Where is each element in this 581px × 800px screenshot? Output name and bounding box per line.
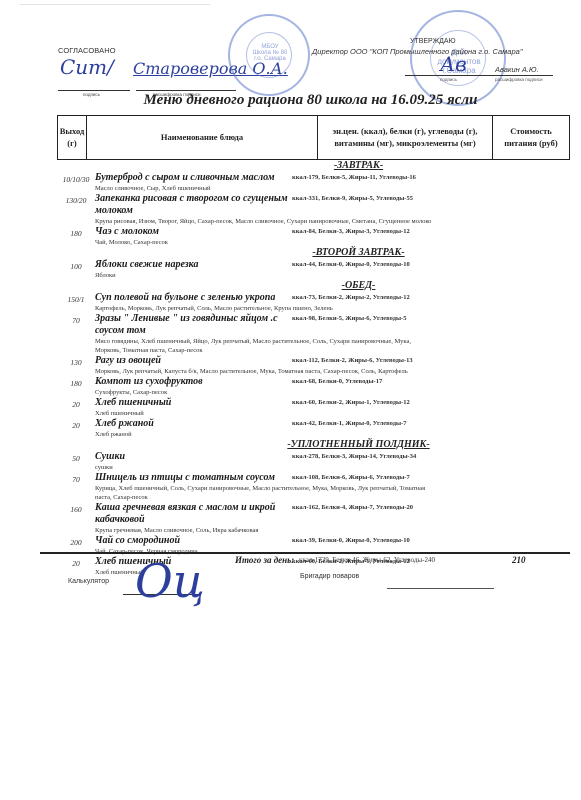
dish-nutrition: ккал-162, Белки-4, Жиры-7, Углеводы-20 [292, 504, 413, 511]
menu-item-row: 180Компот из сухофруктовСухофрукты, Саха… [57, 376, 570, 397]
dish-name: Каша гречневая вязкая с маслом и икрой к… [95, 502, 295, 526]
page-title: Меню дневного рациона 80 школа на 16.09.… [0, 92, 581, 109]
dish-name: Хлеб пшеничный [95, 397, 295, 409]
dish-ingredients: Хлеб ржаной [95, 430, 295, 439]
column-header-cost: Стоимость питания (руб) [493, 116, 569, 159]
dish-ingredients: паста, Сахар-песок [95, 493, 295, 502]
dish-ingredients: Крупа рисовая, Изюм, Творог, Яйцо, Сахар… [95, 217, 295, 226]
dish-ingredients: Крупа гречневая, Масло сливочное, Соль, … [95, 526, 295, 535]
item-output: 150/1 [57, 292, 95, 313]
menu-item-row: 130Рагу из овощейМорковь, Лук репчатый, … [57, 355, 570, 376]
dish-ingredients: Мясо говядины, Хлеб пшеничный, Яйцо, Лук… [95, 337, 295, 346]
approver-signature-caption: подпись [440, 77, 457, 82]
dish-ingredients: Масло сливочное, Сыр, Хлеб пшеничный [95, 184, 295, 193]
dish-ingredients: Морковь, Томатная паста, Сахар-песок [95, 346, 295, 355]
dish-name: Зразы " Ленивые " из говядиныс яйцом .с … [95, 313, 295, 337]
item-output: 70 [57, 313, 95, 355]
dish-name: Рагу из овощей [95, 355, 295, 367]
dish-name: Яблоки свежие нарезка [95, 259, 295, 271]
item-output: 180 [57, 376, 95, 397]
menu-item-row: 180Чаэ с молокомЧай, Молоко, Сахар-песок… [57, 226, 570, 247]
chef-signature-line [387, 588, 494, 589]
calculator-label: Калькулятор [68, 578, 109, 585]
dish-name: Сушки [95, 451, 295, 463]
total-cost: 210 [512, 555, 526, 565]
menu-item-row: 70Зразы " Ленивые " из говядиныс яйцом .… [57, 313, 570, 355]
column-header-output: Выход (г) [58, 116, 87, 159]
item-output: 10/10/30 [57, 172, 95, 193]
approver-name: Авакин А.Ю. [495, 65, 539, 74]
approver-signature: Ав [440, 52, 467, 76]
dish-name: Чай со смородиной [95, 535, 295, 547]
approver-decoding-caption: расшифровка подписи [495, 77, 542, 82]
total-nutrition: ккал-1739, Белки-46, Жиры-62, Углеводы-2… [299, 556, 435, 564]
dish-ingredients: сушки [95, 463, 295, 472]
item-output: 180 [57, 226, 95, 247]
dish-ingredients: Чай, Молоко, Сахар-песок [95, 238, 295, 247]
menu-item-row: 10/10/30Бутерброд с сыром и сливочным ма… [57, 172, 570, 193]
dish-nutrition: ккал-98, Белки-5, Жиры-6, Углеводы-5 [292, 315, 406, 322]
item-output: 130 [57, 355, 95, 376]
signature-line [58, 90, 130, 91]
dish-ingredients: Картофель, Морковь, Лук репчатый, Соль, … [95, 304, 295, 313]
dish-nutrition: ккал-60, Белки-2, Жиры-1, Углеводы-12 [292, 399, 410, 406]
total-divider [40, 552, 570, 554]
item-output: 20 [57, 418, 95, 439]
menu-item-row: 130/20Запеканка рисовая с творогом со сг… [57, 193, 570, 226]
menu-item-row: 20Хлеб пшеничныйХлеб пшеничныйккал-60, Б… [57, 397, 570, 418]
dish-nutrition: ккал-278, Белки-3, Жиры-14, Углеводы-34 [292, 453, 416, 460]
calculator-signature: Оц [135, 558, 205, 604]
dish-name: Хлеб ржаной [95, 418, 295, 430]
dish-nutrition: ккал-42, Белки-1, Жиры-0, Углеводы-7 [292, 420, 406, 427]
menu-item-row: 70Шницель из птицы с томатным соусомКури… [57, 472, 570, 502]
decoding-line [136, 90, 236, 91]
item-output: 20 [57, 397, 95, 418]
school-stamp-text: МБОУ Школа № 80 г.о. Самара [252, 44, 288, 62]
column-header-name: Наименование блюда [87, 116, 318, 159]
dish-nutrition: ккал-179, Белки-5, Жиры-11, Углеводы-16 [292, 174, 416, 181]
dish-nutrition: ккал-68, Белки-0, Углеводы-17 [292, 378, 382, 385]
item-output: 100 [57, 259, 95, 280]
column-header-nutrition: эн.цен. (ккал), белки (г), углеводы (г),… [318, 116, 493, 159]
dish-ingredients: Морковь, Лук репчатый, Капуста б/к, Масл… [95, 367, 295, 376]
dish-nutrition: ккал-44, Белки-0, Жиры-0, Углеводы-10 [292, 261, 410, 268]
dish-name: Шницель из птицы с томатным соусом [95, 472, 295, 484]
section-title: -УПЛОТНЕННЫЙ ПОЛДНИК- [57, 439, 570, 451]
chef-label: Бригадир поваров [300, 573, 359, 580]
handwritten-signature: Сит/ [60, 55, 114, 79]
dish-nutrition: ккал-84, Белки-3, Жиры-3, Углеводы-12 [292, 228, 410, 235]
dish-nutrition: ккал-73, Белки-2, Жиры-2, Углеводы-12 [292, 294, 410, 301]
menu-item-row: 20Хлеб ржанойХлеб ржанойккал-42, Белки-1… [57, 418, 570, 439]
menu-body: -ЗАВТРАК-10/10/30Бутерброд с сыром и сли… [57, 160, 570, 577]
dish-ingredients: Сухофрукты, Сахар-песок [95, 388, 295, 397]
approve-label: УТВЕРЖДАЮ [410, 38, 456, 45]
approver-role: Директор ООО "КОП Промышленного района г… [312, 47, 522, 56]
dish-name: Суп полевой на бульоне с зеленью укропа [95, 292, 295, 304]
dish-ingredients: Хлеб пшеничный [95, 409, 295, 418]
approver-signature-line [405, 75, 553, 76]
dish-name: Компот из сухофруктов [95, 376, 295, 388]
menu-item-row: 50Сушкисушкиккал-278, Белки-3, Жиры-14, … [57, 451, 570, 472]
dish-nutrition: ккал-39, Белки-0, Жиры-0, Углеводы-10 [292, 537, 410, 544]
section-title: -ЗАВТРАК- [57, 160, 570, 172]
dish-nutrition: ккал-331, Белки-9, Жиры-5, Углеводы-55 [292, 195, 413, 202]
dish-ingredients: Курица, Хлеб пшеничный, Соль, Сухари пан… [95, 484, 295, 493]
dish-name: Бутерброд с сыром и сливочным маслом [95, 172, 295, 184]
section-title: -ВТОРОЙ ЗАВТРАК- [57, 247, 570, 259]
dish-nutrition: ккал-108, Белки-6, Жиры-6, Углеводы-7 [292, 474, 410, 481]
total-label: Итого за день: [235, 555, 294, 565]
item-output: 20 [57, 556, 95, 577]
dish-nutrition: ккал-112, Белки-2, Жиры-6, Углеводы-13 [292, 357, 413, 364]
menu-item-row: 100Яблоки свежие нарезкаЯблокиккал-44, Б… [57, 259, 570, 280]
dish-name: Запеканка рисовая с творогом со сгущеным… [95, 193, 295, 217]
item-output: 160 [57, 502, 95, 535]
section-title: -ОБЕД- [57, 280, 570, 292]
item-output: 70 [57, 472, 95, 502]
item-output: 130/20 [57, 193, 95, 226]
menu-item-row: 160Каша гречневая вязкая с маслом и икро… [57, 502, 570, 535]
menu-item-row: 150/1Суп полевой на бульоне с зеленью ук… [57, 292, 570, 313]
dish-ingredients: Яблоки [95, 271, 295, 280]
scan-edge-rule [20, 4, 210, 5]
school-stamp: МБОУ Школа № 80 г.о. Самара [228, 14, 310, 96]
table-header: Выход (г) Наименование блюда эн.цен. (кк… [57, 115, 570, 160]
item-output: 50 [57, 451, 95, 472]
dish-name: Чаэ с молоком [95, 226, 295, 238]
